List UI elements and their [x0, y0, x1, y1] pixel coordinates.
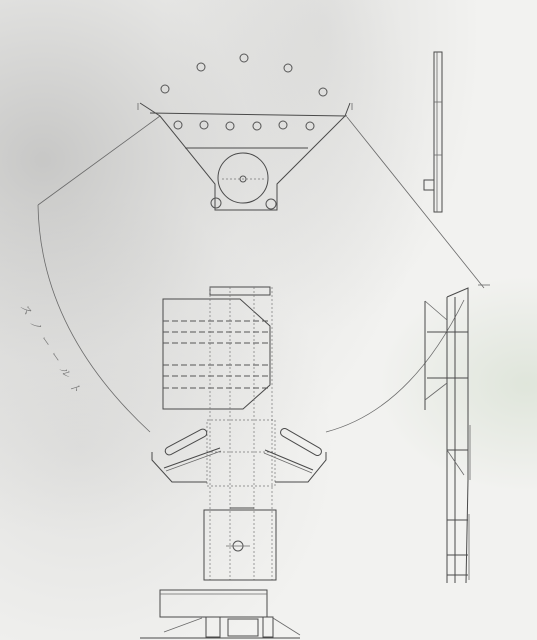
slotted-arm-left — [152, 428, 221, 482]
slotted-arm-right — [264, 427, 326, 482]
technical-drawing — [0, 0, 537, 640]
bolt-hole-icon — [284, 64, 292, 72]
center-disk — [218, 153, 268, 203]
side-frame-bottom — [425, 288, 470, 583]
swing-arc-lines — [38, 116, 484, 432]
drawing-sheet: ス ノ ー ー ル ト — [0, 0, 537, 640]
bolt-hole-icon — [319, 88, 327, 96]
bolt-hole-icon — [240, 54, 248, 62]
bolt-hole-icon — [197, 63, 205, 71]
bolt-hole-icon — [161, 85, 169, 93]
base-elevation — [140, 590, 300, 638]
center-column — [163, 287, 275, 580]
lower-plate — [204, 508, 276, 580]
side-member-top — [424, 52, 442, 212]
top-flange-plate — [140, 54, 350, 210]
